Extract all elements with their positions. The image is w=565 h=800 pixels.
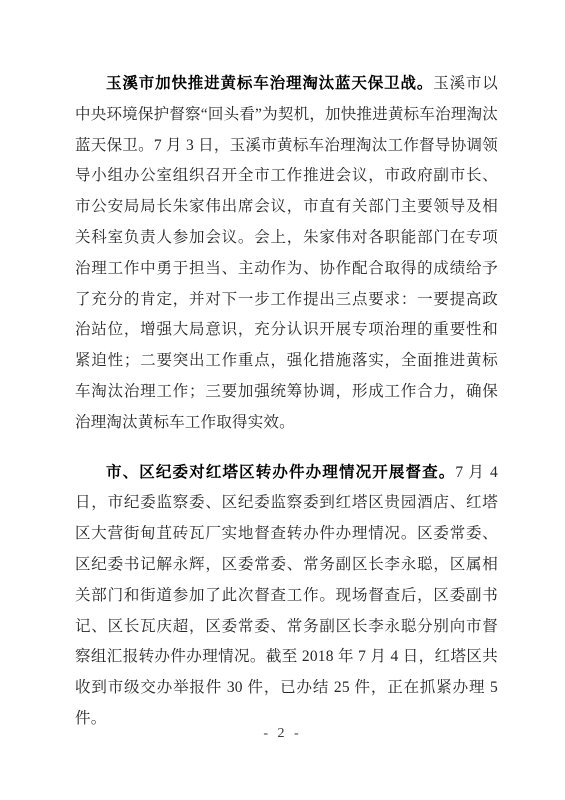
paragraph-1-heading: 玉溪市加快推进黄标车治理淘汰蓝天保卫战。 — [106, 75, 433, 92]
paragraph-1: 玉溪市加快推进黄标车治理淘汰蓝天保卫战。玉溪市以中央环境保护督察“回头看”为契机… — [75, 69, 498, 439]
page-number: - 2 - — [0, 726, 565, 742]
paragraph-2-text: 7 月 4 日，市纪委监察委、区纪委监察委到红塔区贵园酒店、红塔区大营街甸苴砖瓦… — [75, 464, 498, 727]
paragraph-1-text: 玉溪市以中央环境保护督察“回头看”为契机，加快推进黄标车治理淘汰蓝天保卫。7 月… — [75, 75, 498, 431]
document-body: 玉溪市加快推进黄标车治理淘汰蓝天保卫战。玉溪市以中央环境保护督察“回头看”为契机… — [75, 69, 498, 735]
paragraph-2-heading: 市、区纪委对红塔区转办件办理情况开展督查。 — [106, 464, 455, 481]
paragraph-2: 市、区纪委对红塔区转办件办理情况开展督查。7 月 4 日，市纪委监察委、区纪委监… — [75, 458, 498, 735]
document-page: 玉溪市加快推进黄标车治理淘汰蓝天保卫战。玉溪市以中央环境保护督察“回头看”为契机… — [0, 0, 565, 800]
